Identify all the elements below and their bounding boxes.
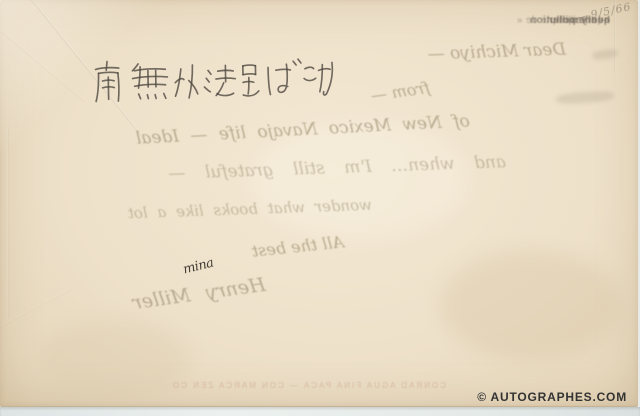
bleedthrough-line-4: and when… I'm still grateful —: [168, 152, 506, 184]
paper-sheet: henry miller — un exemple de « quelle po…: [0, 0, 638, 407]
bleedthrough-line-5: wonder what books like a lot: [127, 196, 372, 223]
scanner-background: [0, 407, 640, 416]
bleedthrough-line-2: from —: [369, 78, 431, 105]
bleedthrough-line-3: of New Mexico Navajo life — Ideal: [135, 111, 470, 148]
calligraphy-inscription: [88, 52, 341, 110]
bleedthrough-printed-footer: CONRAD AGUA FINA PACA — CON MARCA ZEN CO: [171, 381, 446, 390]
bleedthrough-line-closing: All the best: [251, 232, 345, 261]
bleedthrough-signature: Henry Miller: [131, 274, 267, 314]
watermark: © AUTOGRAPHES.COM: [477, 390, 627, 404]
scanned-document: henry miller — un exemple de « quelle po…: [0, 0, 640, 416]
calligraphy-svg: [88, 52, 341, 110]
bleedthrough-line-salutation: Dear Michiyo —: [427, 40, 566, 65]
